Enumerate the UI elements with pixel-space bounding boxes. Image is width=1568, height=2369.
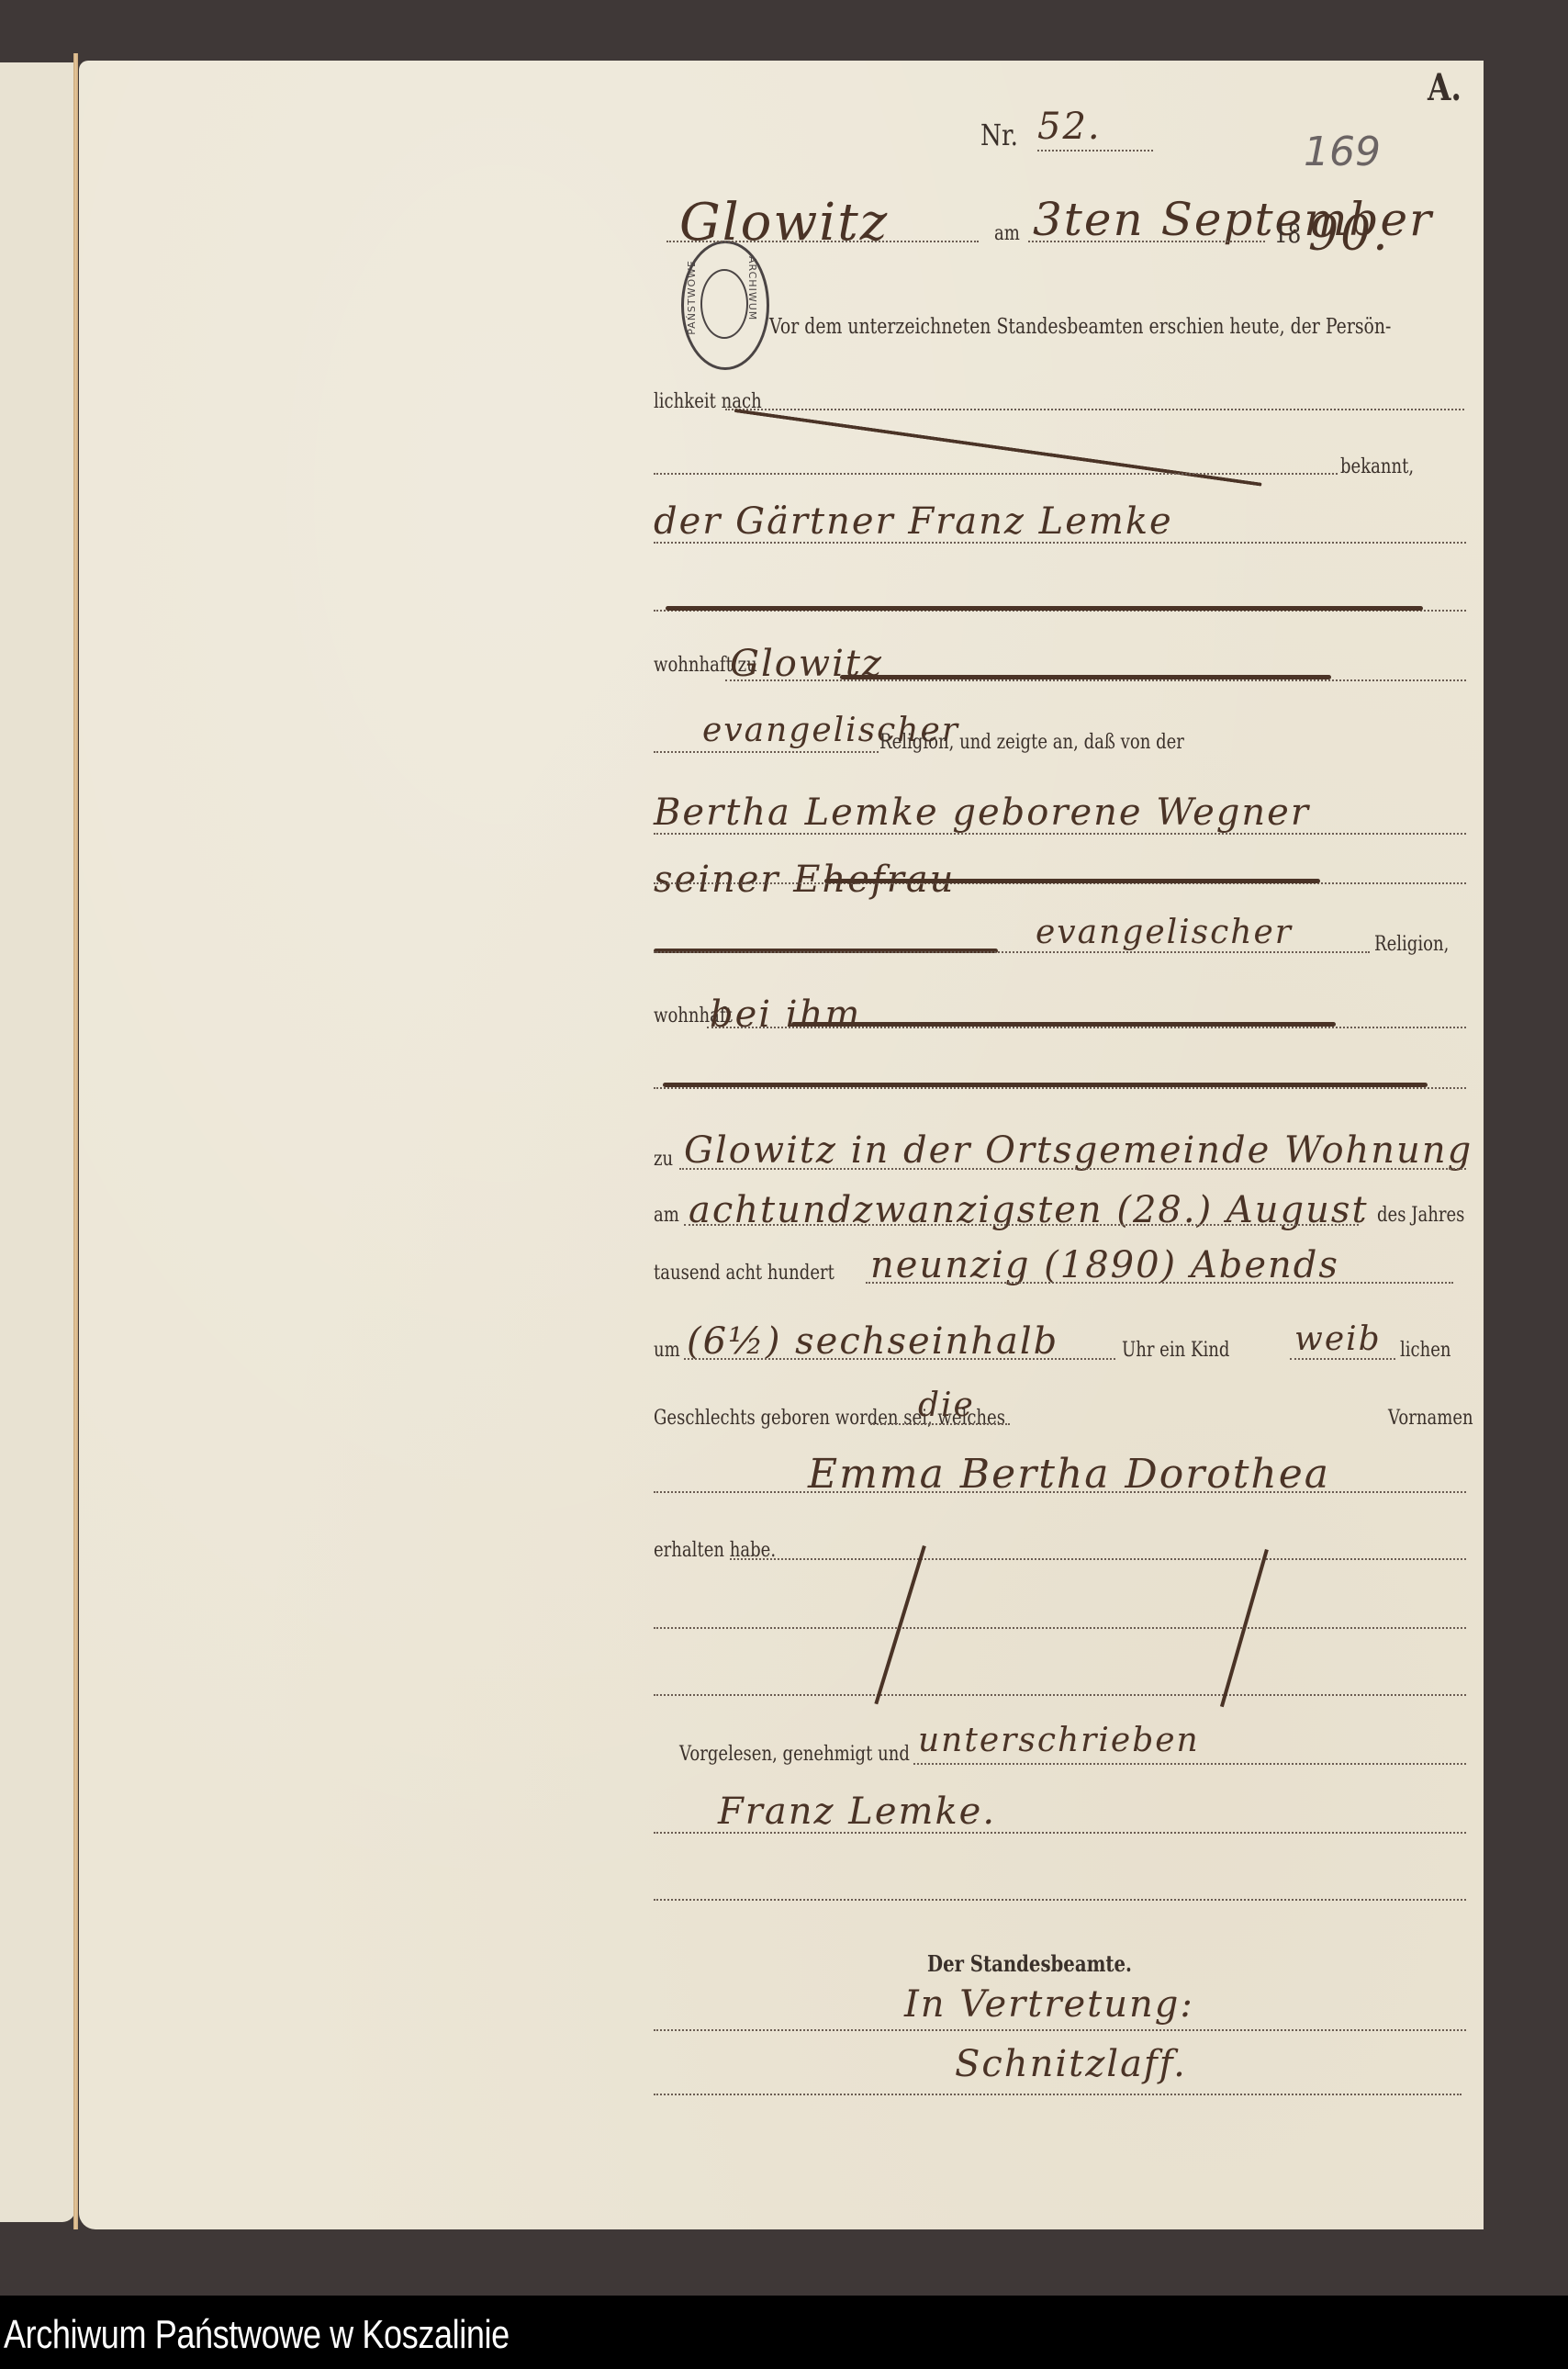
registrar-line-1: In Vertretung: [904, 1983, 1194, 2026]
blank-line [654, 1087, 1466, 1089]
birthplace-line [679, 1168, 1466, 1170]
mother-value: Bertha Lemke geborene Wegner [654, 792, 1310, 834]
stamp-text-left: PAŃSTWOWE [686, 260, 698, 335]
read-line [913, 1763, 1466, 1765]
folio-number: 169 [1304, 129, 1381, 175]
residence-line [725, 679, 1466, 681]
book-spine [73, 53, 78, 2229]
year-value: 90. [1308, 207, 1390, 262]
the-line [870, 1423, 1010, 1425]
person-line [654, 542, 1466, 544]
mother-residence-line [707, 1027, 1466, 1028]
person-value: der Gärtner Franz Lemke [654, 500, 1173, 543]
birthplace-label: zu [654, 1148, 673, 1171]
religion-line-1: Religion, und zeigte an, daß von der [879, 731, 1184, 754]
received-line-2 [654, 1627, 1466, 1629]
birthplace-value: Glowitz in der Ortsgemeinde Wohnung [684, 1129, 1473, 1172]
signature-line-2 [654, 1899, 1466, 1901]
birthday-line [684, 1224, 1359, 1226]
birthday-label: am [654, 1204, 679, 1227]
child-sex-suffix: lichen [1400, 1339, 1451, 1362]
mother-line [654, 833, 1466, 835]
year-label: des Jahres [1377, 1204, 1464, 1227]
person-strike [666, 606, 1423, 611]
signature-line [654, 1832, 1466, 1834]
the-value: die [918, 1387, 975, 1424]
residence-strike [840, 675, 1331, 679]
read-label: Vorgelesen, genehmigt und [679, 1743, 910, 1766]
stamp-inner-ring [700, 269, 748, 339]
thousand-line [866, 1282, 1453, 1284]
received-line [730, 1558, 1466, 1560]
hour-line [684, 1358, 1115, 1360]
stamp-text-right: ARCHIWUM [746, 256, 758, 320]
hour-label: um [654, 1339, 680, 1362]
declarant-signature: Franz Lemke. [718, 1791, 996, 1833]
registrar-line-2-rule [654, 2094, 1462, 2095]
child-label: Uhr ein Kind [1122, 1339, 1229, 1362]
thousand-value: neunzig (1890) Abends [870, 1244, 1339, 1286]
number-label: Nr. [980, 118, 1018, 152]
religion-2-line [654, 951, 1370, 953]
left-page-edge [0, 62, 75, 2222]
blank-line-strike [663, 1083, 1428, 1087]
given-names-line [654, 1491, 1466, 1493]
place-value: Glowitz [679, 193, 889, 253]
religion-line-2: Religion, [1374, 933, 1449, 956]
mother-residence-value: bei ihm [710, 994, 861, 1036]
religion-value-2: evangelischer [1036, 914, 1293, 951]
archive-name: Archiwum Państwowe w Koszalinie [4, 2312, 510, 2358]
received-line-3 [654, 1694, 1466, 1696]
number-line [1037, 150, 1153, 152]
intro-line: Vor dem unterzeichneten Standesbeamten e… [769, 315, 1391, 339]
registrar-line [654, 2029, 1466, 2031]
read-value: unterschrieben [918, 1722, 1200, 1759]
child-sex-line [1290, 1358, 1395, 1360]
identity-line-2 [654, 473, 1338, 475]
mother-relation-strike [824, 879, 1320, 883]
year-printed: 18 [1274, 219, 1301, 249]
given-names-label: Vornamen [1388, 1407, 1473, 1430]
archive-stamp: PAŃSTWOWE ARCHIWUM [681, 241, 769, 370]
date-line [1028, 241, 1265, 242]
identity-line [725, 409, 1464, 410]
hour-value: (6½) sechseinhalb [687, 1320, 1058, 1363]
number-value: 52. [1037, 106, 1102, 148]
religion-1-line [654, 751, 879, 753]
date-prefix: am [994, 222, 1020, 245]
registrar-title: Der Standesbeamte. [927, 1950, 1132, 1977]
known-suffix: bekannt, [1340, 455, 1414, 478]
registrar-line-2: Schnitzlaff. [955, 2043, 1187, 2085]
corner-letter: A. [1428, 66, 1462, 109]
place-line [666, 241, 979, 242]
thousand-label: tausend acht hundert [654, 1262, 834, 1285]
mother-residence-strike [791, 1022, 1336, 1027]
child-sex-value: weib [1294, 1320, 1382, 1358]
